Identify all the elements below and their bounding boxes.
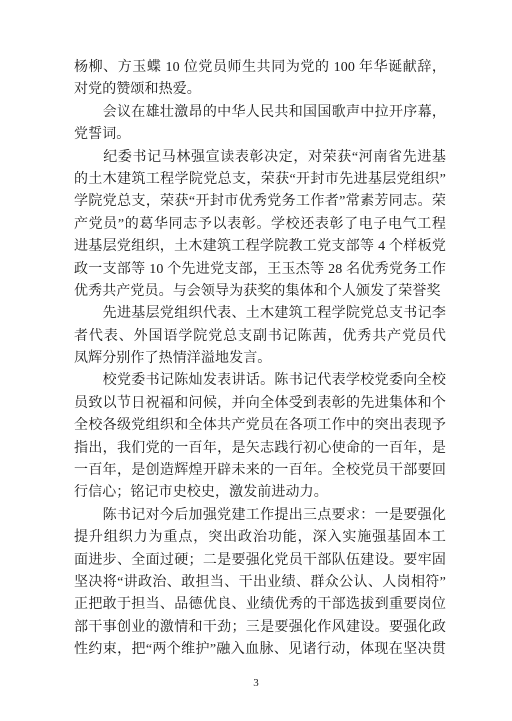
paragraph: 纪委书记马林强宣读表彰决定，对荣获“河南省先进基层党组织”荣誉称号的土木建筑工程… xyxy=(74,147,446,304)
text-line: 党誓词。 xyxy=(74,124,446,146)
text-line: 者代表、外国语学院党总支副书记陈茜，优秀共产党员代表、人文学院副院长王 xyxy=(74,326,446,348)
text-line: 凤辉分别作了热情洋溢地发言。 xyxy=(74,348,446,370)
text-line: 正把敢于担当、品德优良、业绩优秀的干部选拔到重要岗位上，不断激发党员干 xyxy=(74,594,446,616)
text-line: 进基层党组织，土木建筑工程学院教工党支部等 4 个样板党支部，机关党总支党 xyxy=(74,236,446,258)
text-line: 全校各级党组织和全体共产党员在各项工作中的突出表现予以充分肯定。陈书记 xyxy=(74,415,446,437)
text-line: 性约束，把“两个维护”融入血脉、见诸行动，体现在坚决贯彻以习近平同志为 xyxy=(74,639,446,661)
paragraph: 陈书记对今后加强党建工作提出三点要求：一是要强化党建工作责任制。以提升组织力为重… xyxy=(74,505,446,662)
text-line: 杨柳、方玉蝶 10 位党员师生共同为党的 100 年华诞献辞，表达了广大师生党员 xyxy=(74,57,446,79)
text-line: 指出，我们党的一百年，是矢志践行初心使命的一百年，是筚路蓝缕奠基立业的 xyxy=(74,438,446,460)
text-line: 坚决将“讲政治、敢担当、干出业绩、群众公认、人岗相符”的干部用起来，真 xyxy=(74,572,446,594)
text-line: 行信心；铭记市史校史，激发前进动力。 xyxy=(74,482,446,504)
text-line: 纪委书记马林强宣读表彰决定，对荣获“河南省先进基层党组织”荣誉称号 xyxy=(74,147,446,169)
page-number: 3 xyxy=(0,676,512,690)
text-line: 会议在雄壮激昂的中华人民共和国国歌声中拉开序幕，全体与会党员重温入 xyxy=(74,102,446,124)
text-line: 产党员”的葛华同志予以表彰。学校还表彰了电子电气工程学院党总支等 5 个先 xyxy=(74,214,446,236)
text-line: 的土木建筑工程学院党总支，荣获“开封市先进基层党组织”荣誉称号的外国语 xyxy=(74,169,446,191)
document-body: 杨柳、方玉蝶 10 位党员师生共同为党的 100 年华诞献辞，表达了广大师生党员… xyxy=(74,57,446,662)
paragraph: 校党委书记陈灿发表讲话。陈书记代表学校党委向全校各级党组织和全体党员致以节日祝福… xyxy=(74,370,446,504)
paragraph: 先进基层党组织代表、土木建筑工程学院党总支书记李春霞，优秀党务工作者代表、外国语… xyxy=(74,303,446,370)
text-line: 陈书记对今后加强党建工作提出三点要求：一是要强化党建工作责任制。以 xyxy=(74,505,446,527)
text-line: 面进步、全面过硬；二是要强化党员干部队伍建设。要牢固树立鲜明用人导向， xyxy=(74,550,446,572)
text-line: 学院党总支，荣获“开封市优秀党务工作者”常素芳同志。荣获“开封市优秀共 xyxy=(74,191,446,213)
document-page: 杨柳、方玉蝶 10 位党员师生共同为党的 100 年华诞献辞，表达了广大师生党员… xyxy=(0,0,512,721)
text-line: 校党委书记陈灿发表讲话。陈书记代表学校党委向全校各级党组织和全体党 xyxy=(74,370,446,392)
text-line: 先进基层党组织代表、土木建筑工程学院党总支书记李春霞，优秀党务工作 xyxy=(74,303,446,325)
paragraph: 杨柳、方玉蝶 10 位党员师生共同为党的 100 年华诞献辞，表达了广大师生党员… xyxy=(74,57,446,102)
text-line: 员致以节日祝福和问候，并向全体受到表彰的先进集体和个人表示热烈祝贺。对 xyxy=(74,393,446,415)
text-line: 优秀共产党员。与会领导为获奖的集体和个人颁发了荣誉奖牌和荣誉证书。 xyxy=(74,281,446,303)
text-line: 提升组织力为重点，突出政治功能，深入实施强基固本工程，推动基层党组织全 xyxy=(74,527,446,549)
paragraph: 会议在雄壮激昂的中华人民共和国国歌声中拉开序幕，全体与会党员重温入党誓词。 xyxy=(74,102,446,147)
text-line: 政一支部等 10 个先进党支部，王玉杰等 28 名优秀党务工作者，王丹平等 83… xyxy=(74,259,446,281)
text-line: 对党的赞颂和热爱。 xyxy=(74,79,446,101)
text-line: 一百年，是创造辉煌开辟未来的一百年。全校党员干部要回顾党史国史，坚定前 xyxy=(74,460,446,482)
text-line: 部干事创业的激情和干劲；三是要强化作风建设。要强化政治纪律政治规矩的刚 xyxy=(74,617,446,639)
